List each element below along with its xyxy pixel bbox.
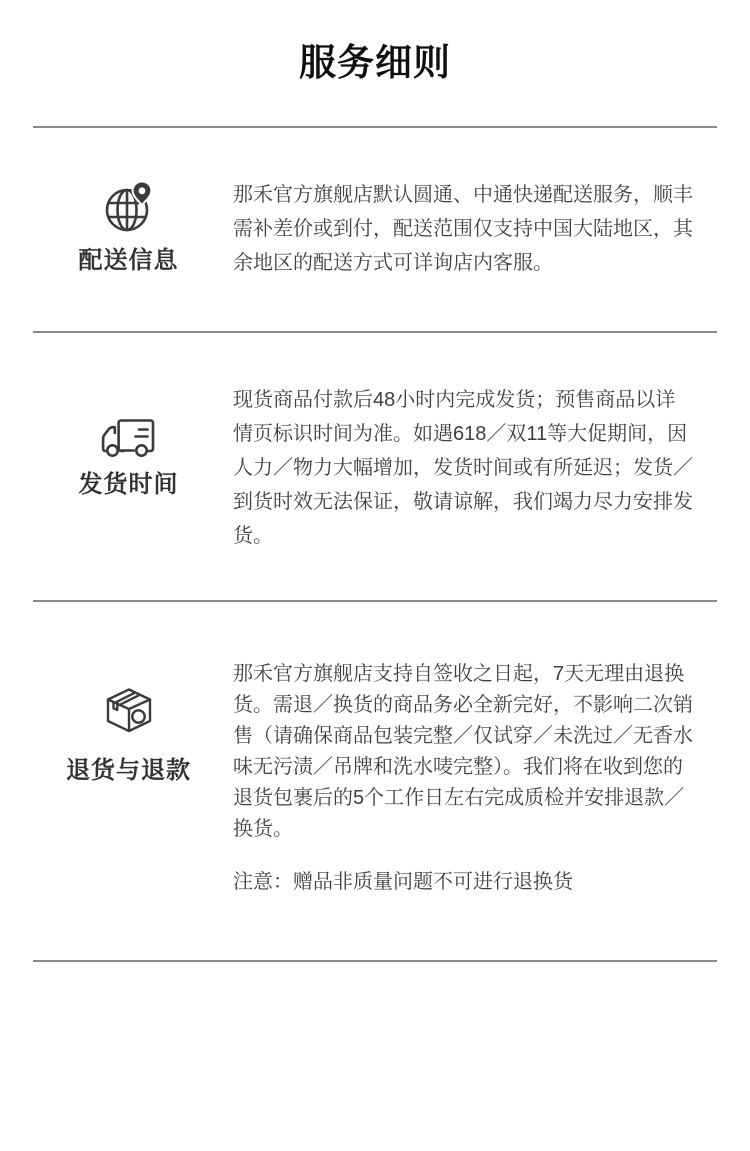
globe-location-icon xyxy=(102,180,156,234)
paragraph: 现货商品付款后48小时内完成发货；预售商品以详情页标识时间为准。如遇618／双1… xyxy=(233,383,694,553)
delivery-info-icon-column: 配送信息 xyxy=(0,128,233,331)
shipping-time-text: 现货商品付款后48小时内完成发货；预售商品以详情页标识时间为准。如遇618／双1… xyxy=(233,333,750,600)
paragraph: 那禾官方旗舰店默认圆通、中通快递配送服务，顺丰需补差价或到付，配送范围仅支持中国… xyxy=(233,178,694,280)
delivery-truck-icon xyxy=(97,408,161,458)
shipping-time-icon-column: 发货时间 xyxy=(0,333,233,600)
note-paragraph: 注意：赠品非质量问题不可进行退换货 xyxy=(233,867,694,898)
service-details-page: 服务细则 配送信息 那禾官方旗 xyxy=(0,0,750,1151)
returns-refunds-text: 那禾官方旗舰店支持自签收之日起，7天无理由退换货。需退／换货的商品务必全新完好，… xyxy=(233,602,750,960)
divider xyxy=(33,960,717,962)
paragraph: 那禾官方旗舰店支持自签收之日起，7天无理由退换货。需退／换货的商品务必全新完好，… xyxy=(233,659,694,845)
section-label-returns-refunds: 退货与退款 xyxy=(66,750,191,785)
delivery-info-text: 那禾官方旗舰店默认圆通、中通快递配送服务，顺丰需补差价或到付，配送范围仅支持中国… xyxy=(233,128,750,331)
section-shipping-time: 发货时间 现货商品付款后48小时内完成发货；预售商品以详情页标识时间为准。如遇6… xyxy=(0,333,750,600)
section-label-shipping-time: 发货时间 xyxy=(79,464,179,499)
section-label-delivery-info: 配送信息 xyxy=(79,240,179,275)
package-box-icon xyxy=(102,684,156,738)
page-title: 服务细则 xyxy=(0,0,750,126)
section-delivery-info: 配送信息 那禾官方旗舰店默认圆通、中通快递配送服务，顺丰需补差价或到付，配送范围… xyxy=(0,128,750,331)
returns-refunds-icon-column: 退货与退款 xyxy=(0,602,233,960)
section-returns-refunds: 退货与退款 那禾官方旗舰店支持自签收之日起，7天无理由退换货。需退／换货的商品务… xyxy=(0,602,750,960)
